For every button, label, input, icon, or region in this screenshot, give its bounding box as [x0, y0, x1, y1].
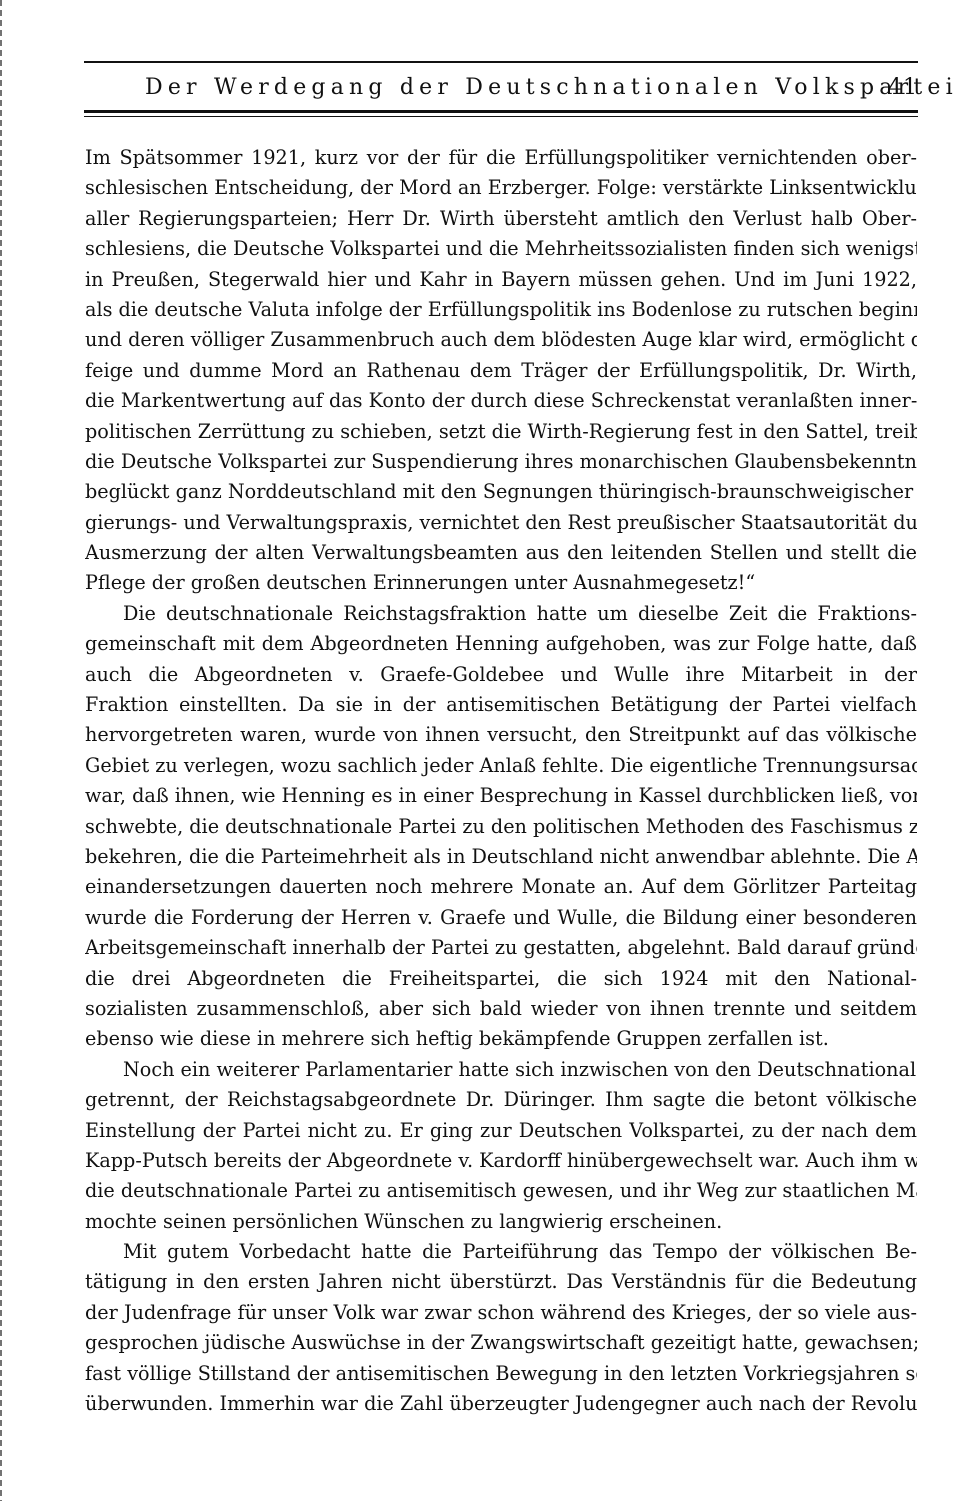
- text-line: Die deutschnationale Reichstagsfraktion …: [85, 599, 917, 629]
- text-line: Kapp-Putsch bereits der Abgeordnete v. K…: [85, 1146, 917, 1176]
- text-line: gierungs- und Verwaltungspraxis, vernich…: [85, 508, 917, 538]
- text-line: tätigung in den ersten Jahren nicht über…: [85, 1267, 917, 1297]
- text-line: wurde die Forderung der Herren v. Graefe…: [85, 903, 917, 933]
- paragraph: Die deutschnationale Reichstagsfraktion …: [85, 599, 917, 1055]
- text-line: überwunden. Immerhin war die Zahl überze…: [85, 1389, 917, 1419]
- text-line: hervorgetreten waren, wurde von ihnen ve…: [85, 720, 917, 750]
- text-line: als die deutsche Valuta infolge der Erfü…: [85, 295, 917, 325]
- text-line: politischen Zerrüttung zu schieben, setz…: [85, 417, 917, 447]
- page-number: 41: [888, 70, 918, 106]
- text-line: Mit gutem Vorbedacht hatte die Parteifüh…: [85, 1237, 917, 1267]
- text-line: Ausmerzung der alten Verwaltungsbeamten …: [85, 538, 917, 568]
- text-line: mochte seinen persönlichen Wünschen zu l…: [85, 1207, 917, 1237]
- text-line: die deutschnationale Partei zu antisemit…: [85, 1176, 917, 1206]
- body-text: Im Spätsommer 1921, kurz vor der für die…: [85, 143, 917, 1419]
- text-line: gesprochen jüdische Auswüchse in der Zwa…: [85, 1328, 917, 1358]
- paragraph: Im Spätsommer 1921, kurz vor der für die…: [85, 143, 917, 599]
- text-line: war, daß ihnen, wie Henning es in einer …: [85, 781, 917, 811]
- text-line: die drei Abgeordneten die Freiheitsparte…: [85, 964, 917, 994]
- text-line: Einstellung der Partei nicht zu. Er ging…: [85, 1116, 917, 1146]
- text-line: die Markentwertung auf das Konto der dur…: [85, 386, 917, 416]
- scan-edge: [0, 0, 2, 1501]
- paragraph: Noch ein weiterer Parlamentarier hatte s…: [85, 1055, 917, 1237]
- text-line: in Preußen, Stegerwald hier und Kahr in …: [85, 265, 917, 295]
- header-bottom-rule: [84, 110, 918, 113]
- text-line: getrennt, der Reichstagsabgeordnete Dr. …: [85, 1085, 917, 1115]
- text-line: gemeinschaft mit dem Abgeordneten Hennin…: [85, 629, 917, 659]
- text-line: und deren völliger Zusammenbruch auch de…: [85, 325, 917, 355]
- header-top-rule: [84, 61, 918, 63]
- text-line: Noch ein weiterer Parlamentarier hatte s…: [85, 1055, 917, 1085]
- text-line: der Judenfrage für unser Volk war zwar s…: [85, 1298, 917, 1328]
- text-line: Im Spätsommer 1921, kurz vor der für die…: [85, 143, 917, 173]
- text-line: Fraktion einstellten. Da sie in der anti…: [85, 690, 917, 720]
- text-line: einandersetzungen dauerten noch mehrere …: [85, 872, 917, 902]
- text-line: aller Regierungsparteien; Herr Dr. Wirth…: [85, 204, 917, 234]
- text-line: die Deutsche Volkspartei zur Suspendieru…: [85, 447, 917, 477]
- text-line: fast völlige Stillstand der antisemitisc…: [85, 1359, 917, 1389]
- paragraph: Mit gutem Vorbedacht hatte die Parteifüh…: [85, 1237, 917, 1419]
- text-line: Arbeitsgemeinschaft innerhalb der Partei…: [85, 933, 917, 963]
- header-bottom-rule-thin: [84, 116, 918, 117]
- running-title: Der Werdegang der Deutschnationalen Volk…: [145, 70, 865, 106]
- text-line: Pflege der großen deutschen Erinnerungen…: [85, 568, 917, 598]
- text-line: feige und dumme Mord an Rathenau dem Trä…: [85, 356, 917, 386]
- text-line: schlesiens, die Deutsche Volkspartei und…: [85, 234, 917, 264]
- text-line: bekehren, die die Parteimehrheit als in …: [85, 842, 917, 872]
- text-line: ebenso wie diese in mehrere sich heftig …: [85, 1024, 917, 1054]
- text-line: schlesischen Entscheidung, der Mord an E…: [85, 173, 917, 203]
- text-line: beglückt ganz Norddeutschland mit den Se…: [85, 477, 917, 507]
- text-line: auch die Abgeordneten v. Graefe-Goldebee…: [85, 660, 917, 690]
- text-line: schwebte, die deutschnationale Partei zu…: [85, 812, 917, 842]
- text-line: sozialisten zusammenschloß, aber sich ba…: [85, 994, 917, 1024]
- text-line: Gebiet zu verlegen, wozu sachlich jeder …: [85, 751, 917, 781]
